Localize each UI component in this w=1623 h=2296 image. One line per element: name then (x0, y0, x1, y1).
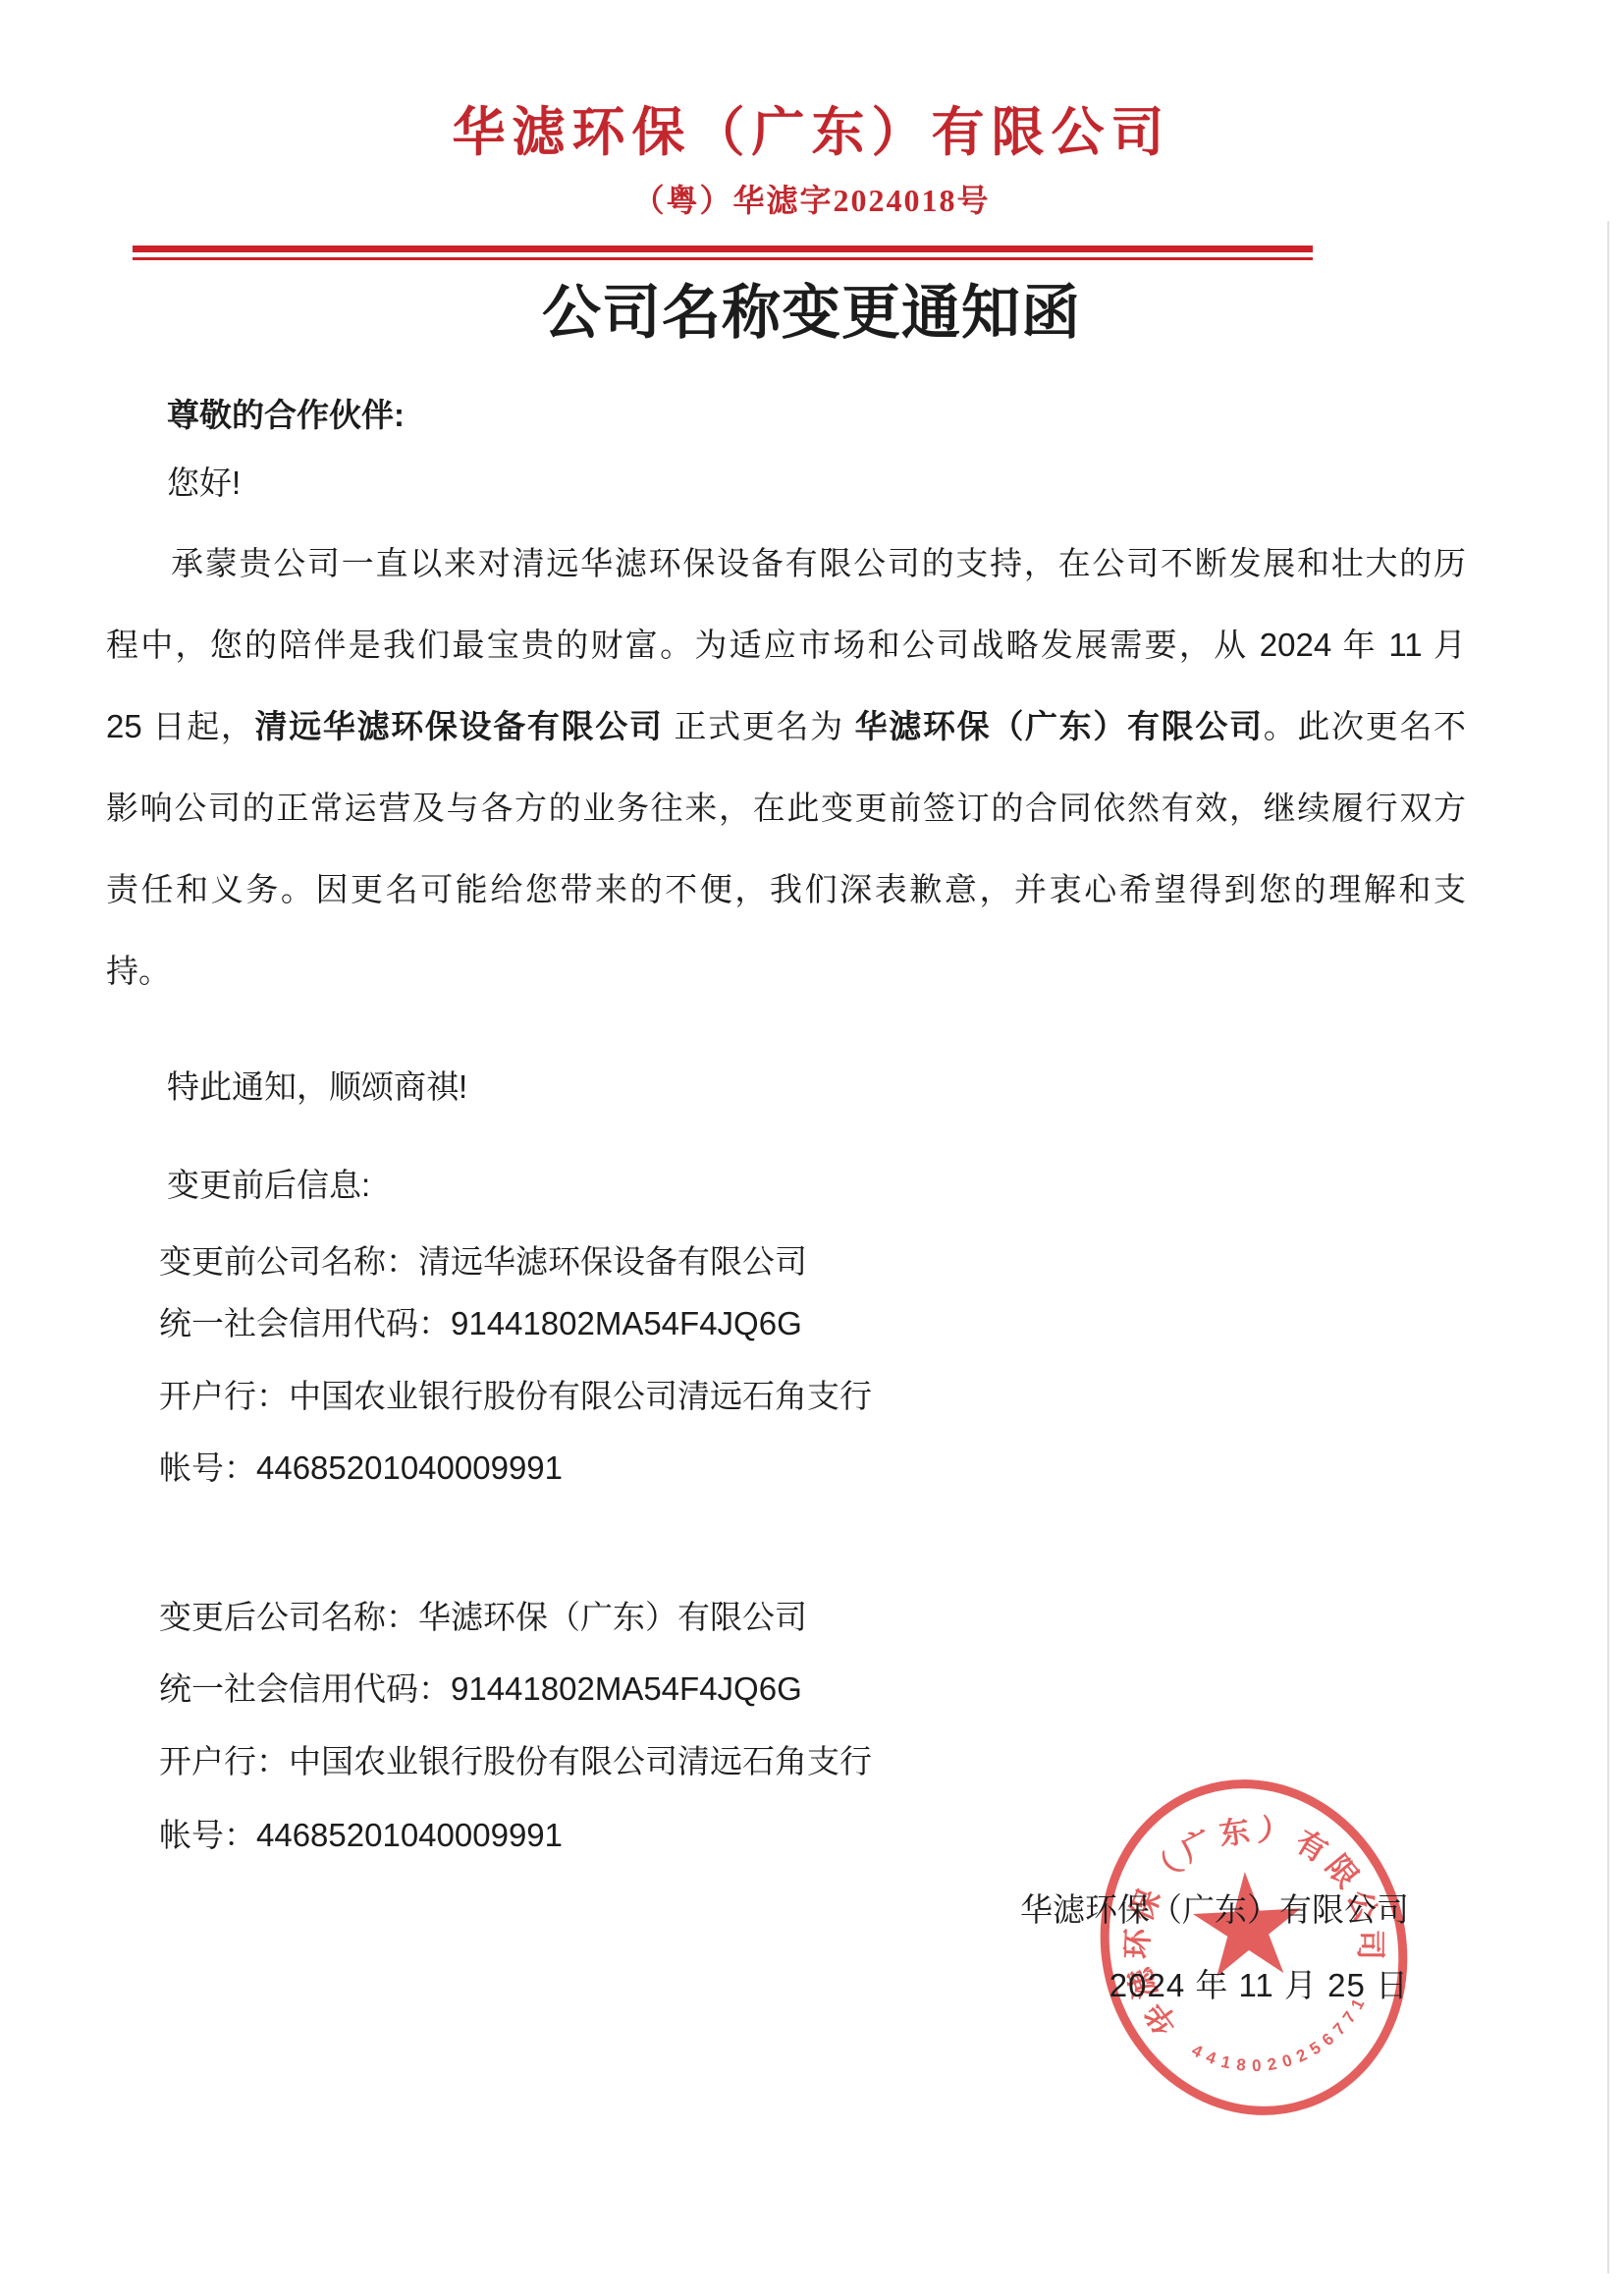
company-seal-stamp: 华滤环保（广东）有限公司 4418020256771 (1072, 1751, 1435, 2144)
signature-company-name: 华滤环保（广东）有限公司 (884, 1891, 1409, 1929)
notice-closing-line: 特此通知，顺颂商祺! (167, 1068, 467, 1106)
paragraph-line-3-text: 正式更名为 (664, 708, 855, 744)
paragraph-line-6: 持。 (106, 953, 171, 990)
after-bank-line: 开户行：中国农业银行股份有限公司清远石角支行 (159, 1743, 872, 1780)
letterhead-company-name: 华滤环保（广东）有限公司 (0, 102, 1623, 163)
document-number: （粤）华滤字2024018号 (0, 183, 1623, 219)
salutation: 尊敬的合作伙伴: (167, 397, 405, 434)
old-company-name-bold: 清远华滤环保设备有限公司 (255, 708, 664, 744)
paragraph-line-3-text: 。此次更名不 (1264, 708, 1466, 744)
paragraph-line-3-text: 25 日起， (106, 708, 255, 744)
letterhead-divider-rule (133, 246, 1313, 260)
after-account-line: 帐号：44685201040009991 (159, 1817, 563, 1854)
document-title: 公司名称变更通知函 (0, 279, 1623, 347)
before-bank-line: 开户行：中国农业银行股份有限公司清远石角支行 (159, 1378, 872, 1415)
info-section-heading: 变更前后信息: (167, 1167, 370, 1204)
paragraph-line-5: 责任和义务。因更名可能给您带来的不便，我们深表歉意，并衷心希望得到您的理解和支 (106, 871, 1466, 908)
paragraph-line-3: 25 日起，清远华滤环保设备有限公司 正式更名为 华滤环保（广东）有限公司。此次… (106, 708, 1466, 745)
letter-page: 华滤环保（广东）有限公司 （粤）华滤字2024018号 公司名称变更通知函 尊敬… (0, 0, 1623, 2296)
before-credit-code-line: 统一社会信用代码：91441802MA54F4JQ6G (159, 1305, 802, 1342)
after-company-name-line: 变更后公司名称：华滤环保（广东）有限公司 (159, 1599, 807, 1636)
paragraph-line-1: 承蒙贵公司一直以来对清远华滤环保设备有限公司的支持，在公司不断发展和壮大的历 (106, 545, 1466, 582)
signature-date: 2024 年 11 月 25 日 (884, 1967, 1409, 2004)
after-credit-code-line: 统一社会信用代码：91441802MA54F4JQ6G (159, 1670, 802, 1708)
before-company-name-line: 变更前公司名称：清远华滤环保设备有限公司 (159, 1243, 807, 1281)
greeting: 您好! (167, 465, 241, 502)
new-company-name-bold: 华滤环保（广东）有限公司 (855, 708, 1264, 744)
paragraph-line-4: 影响公司的正常运营及与各方的业务往来，在此变更前签订的合同依然有效，继续履行双方 (106, 790, 1466, 827)
before-account-line: 帐号：44685201040009991 (159, 1449, 563, 1487)
scan-page-edge-shadow (1607, 221, 1609, 2273)
paragraph-line-2: 程中，您的陪伴是我们最宝贵的财富。为适应市场和公司战略发展需要，从 2024 年… (106, 627, 1466, 664)
